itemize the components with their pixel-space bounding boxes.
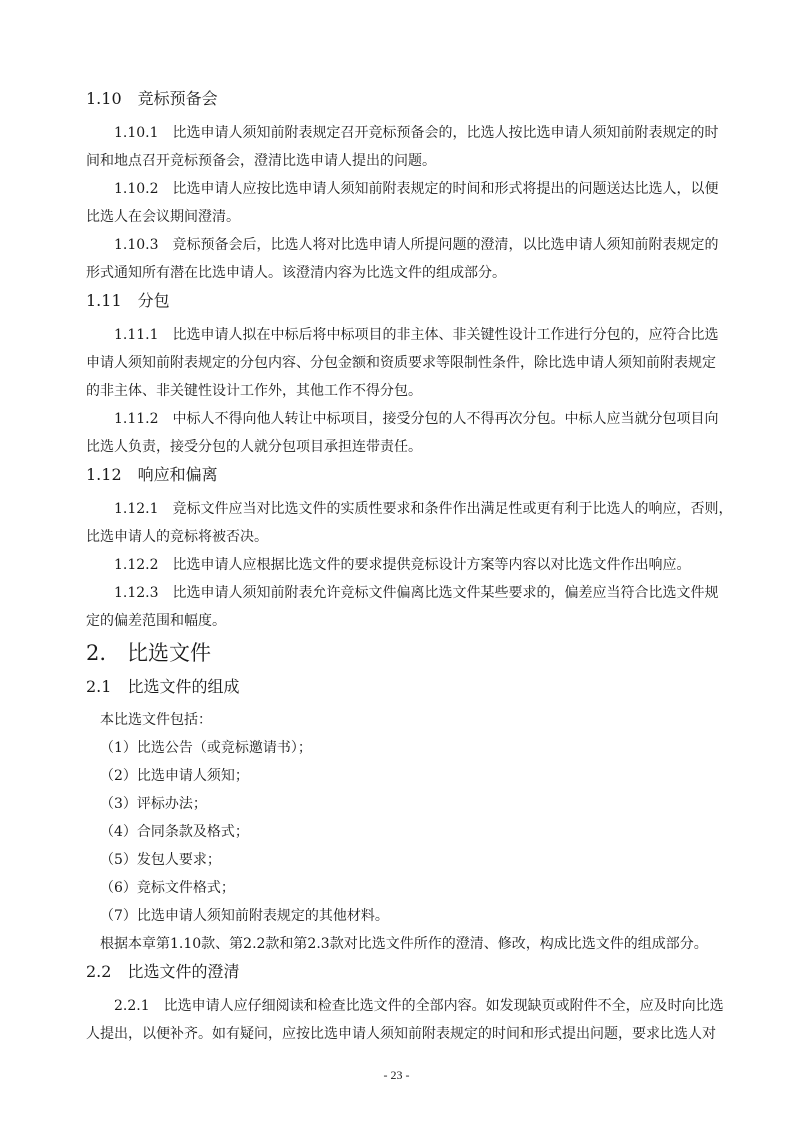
- list-item: （7）比选申请人须知前附表规定的其他材料。: [100, 907, 389, 925]
- list-item: （6）竞标文件格式；: [100, 879, 235, 897]
- list-item: （3）评标办法；: [100, 795, 207, 813]
- page-number: - 23 -: [0, 1068, 793, 1083]
- list-item: （5）发包人要求；: [100, 851, 221, 869]
- paragraph-2-2-1-cont: 人提出，以便补齐。如有疑问，应按比选申请人须知前附表规定的时间和形式提出问题，要…: [86, 1025, 712, 1043]
- list-intro: 本比选文件包括：: [100, 711, 212, 729]
- paragraph-1-11-1-cont2: 的非主体、非关键性设计工作外，其他工作不得分包。: [86, 382, 422, 400]
- heading-1-11: 1.11 分包: [86, 292, 170, 310]
- paragraph-1-10-1: 1.10.1 比选申请人须知前附表规定召开竞标预备会的，比选人按比选申请人须知前…: [114, 124, 712, 142]
- list-item: （2）比选申请人须知；: [100, 767, 249, 785]
- paragraph-2-2-1: 2.2.1 比选申请人应仔细阅读和检查比选文件的全部内容。如发现缺页或附件不全，…: [114, 997, 712, 1015]
- paragraph-1-12-1: 1.12.1 竞标文件应当对比选文件的实质性要求和条件作出满足性或更有利于比选人…: [114, 500, 712, 518]
- heading-1-10: 1.10 竞标预备会: [86, 90, 218, 108]
- paragraph-1-12-3: 1.12.3 比选申请人须知前附表允许竞标文件偏离比选文件某些要求的，偏差应当符…: [114, 584, 712, 602]
- list-item: （1）比选公告（或竞标邀请书）；: [100, 739, 312, 757]
- paragraph-1-10-3: 1.10.3 竞标预备会后，比选人将对比选申请人所提问题的澄清，以比选申请人须知…: [114, 236, 712, 254]
- paragraph-1-10-2: 1.10.2 比选申请人应按比选申请人须知前附表规定的时间和形式将提出的问题送达…: [114, 180, 712, 198]
- paragraph-1-11-1-cont: 申请人须知前附表规定的分包内容、分包金额和资质要求等限制性条件，除比选申请人须知…: [86, 354, 712, 372]
- paragraph-1-11-1: 1.11.1 比选申请人拟在中标后将中标项目的非主体、非关键性设计工作进行分包的…: [114, 326, 712, 344]
- list-item: （4）合同条款及格式；: [100, 823, 249, 841]
- paragraph-1-12-3-cont: 定的偏差范围和幅度。: [86, 612, 226, 630]
- paragraph-1-10-2-cont: 比选人在会议期间澄清。: [86, 208, 240, 226]
- paragraph-1-12-1-cont: 比选申请人的竞标将被否决。: [86, 528, 268, 546]
- paragraph-1-11-2-cont: 比选人负责，接受分包的人就分包项目承担连带责任。: [86, 438, 422, 456]
- heading-2-2: 2.2 比选文件的澄清: [86, 963, 239, 981]
- paragraph-2-1-closing: 根据本章第1.10款、第2.2款和第2.3款对比选文件所作的澄清、修改，构成比选…: [100, 935, 708, 953]
- paragraph-1-10-1-cont: 间和地点召开竞标预备会，澄清比选申请人提出的问题。: [86, 152, 436, 170]
- heading-2-1: 2.1 比选文件的组成: [86, 678, 239, 696]
- heading-1-12: 1.12 响应和偏离: [86, 466, 218, 484]
- paragraph-1-12-2: 1.12.2 比选申请人应根据比选文件的要求提供竞标设计方案等内容以对比选文件作…: [114, 556, 691, 574]
- paragraph-1-11-2: 1.11.2 中标人不得向他人转让中标项目，接受分包的人不得再次分包。中标人应当…: [114, 410, 712, 428]
- heading-2: 2. 比选文件: [86, 640, 211, 666]
- paragraph-1-10-3-cont: 形式通知所有潜在比选申请人。该澄清内容为比选文件的组成部分。: [86, 264, 506, 282]
